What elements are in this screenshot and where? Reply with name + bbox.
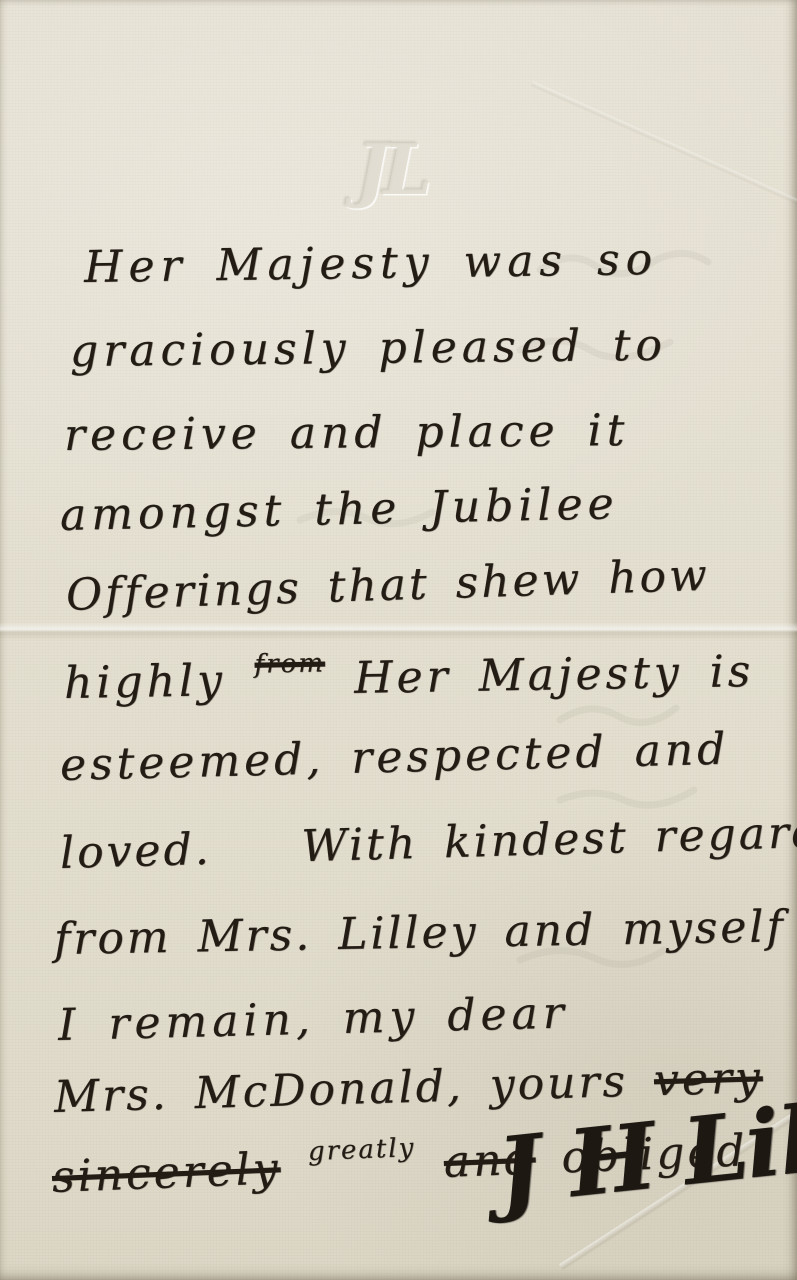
letter-page: JL Her Majesty was so graciously pleased… [0, 0, 797, 1280]
letter-line-1: Her Majesty was so [84, 234, 659, 293]
letter-line-7: esteemed, respected and [59, 724, 729, 791]
letter-line-4: amongst the Jubilee [59, 478, 619, 541]
inserted-struck-word: from [254, 648, 325, 679]
letter-word: highly [64, 655, 227, 709]
fold-crease-top [530, 81, 797, 225]
letter-word: Her Majesty is [354, 646, 755, 704]
inserted-word: greatly [307, 1133, 415, 1167]
letter-line-6: highly from Her Majesty is [64, 646, 755, 709]
letter-line-9: from Mrs. Lilley and myself [54, 901, 787, 965]
letter-line-3: receive and place it [64, 405, 630, 461]
letter-line-8: loved. With kindest regards [59, 806, 797, 879]
fold-crease-horizontal [0, 622, 797, 640]
letter-line-10: I remain, my dear [57, 988, 569, 1051]
letter-line-2: graciously pleased to [70, 320, 667, 377]
embossed-monogram-icon: JL [346, 122, 436, 222]
letter-line-5: Offerings that shew how [65, 550, 710, 621]
letter-word: loved. [59, 824, 212, 879]
letter-word: With kindest regards [301, 806, 797, 872]
strikethrough-word: sincerely [51, 1143, 281, 1203]
